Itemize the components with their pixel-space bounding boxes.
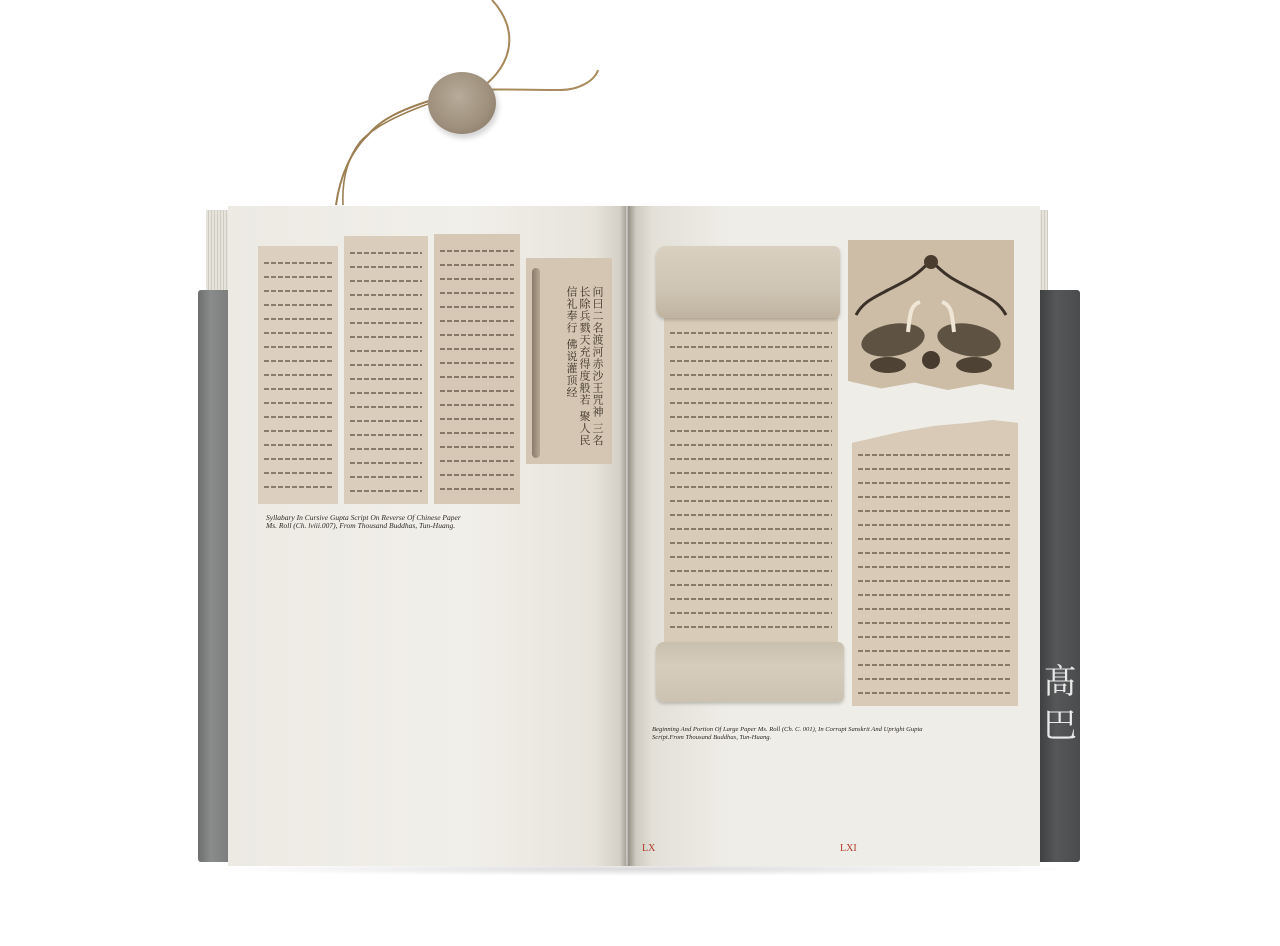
clay-seal	[428, 72, 496, 134]
page-number-right: LXI	[840, 843, 857, 854]
paper-scroll-top-roll	[656, 246, 840, 318]
book-cover-left	[198, 290, 230, 862]
page-edges-left	[206, 210, 230, 290]
paper-scroll-bottom-roll	[656, 642, 844, 702]
syllabary-fragment-1	[258, 246, 338, 504]
left-caption: Syllabary In Cursive Gupta Script On Rev…	[266, 514, 516, 530]
syllabary-fragment-3	[434, 234, 520, 504]
right-caption-line-2: Script.From Thousand Buddhas, Tun-Huang.	[652, 734, 892, 742]
right-caption-line-1: Beginning And Portion Of Large Paper Ms.…	[652, 726, 892, 734]
cover-title-glyphs: 髙 巴	[1042, 660, 1078, 830]
syllabary-fragment-2	[344, 236, 428, 504]
twine-bookmark	[0, 0, 1280, 220]
left-caption-line-2: Ms. Roll (Ch. lviii.007), From Thousand …	[266, 522, 516, 530]
roll-crease	[532, 268, 540, 458]
right-caption: Beginning And Portion Of Large Paper Ms.…	[652, 726, 892, 742]
manuscript-portion	[852, 420, 1018, 706]
book-gutter	[620, 206, 636, 866]
birds-and-flowers-illustration	[848, 240, 1014, 390]
page-number-left: LX	[642, 843, 655, 854]
chinese-text: 问曰二名渡河赤沙王咒神 三名长除兵戮天充得度般若 聚人民信礼奉行 佛说灌顶经	[544, 286, 604, 456]
paper-scroll-body	[664, 316, 838, 646]
chinese-paper-roll: 问曰二名渡河赤沙王咒神 三名长除兵戮天充得度般若 聚人民信礼奉行 佛说灌顶经	[526, 258, 612, 464]
